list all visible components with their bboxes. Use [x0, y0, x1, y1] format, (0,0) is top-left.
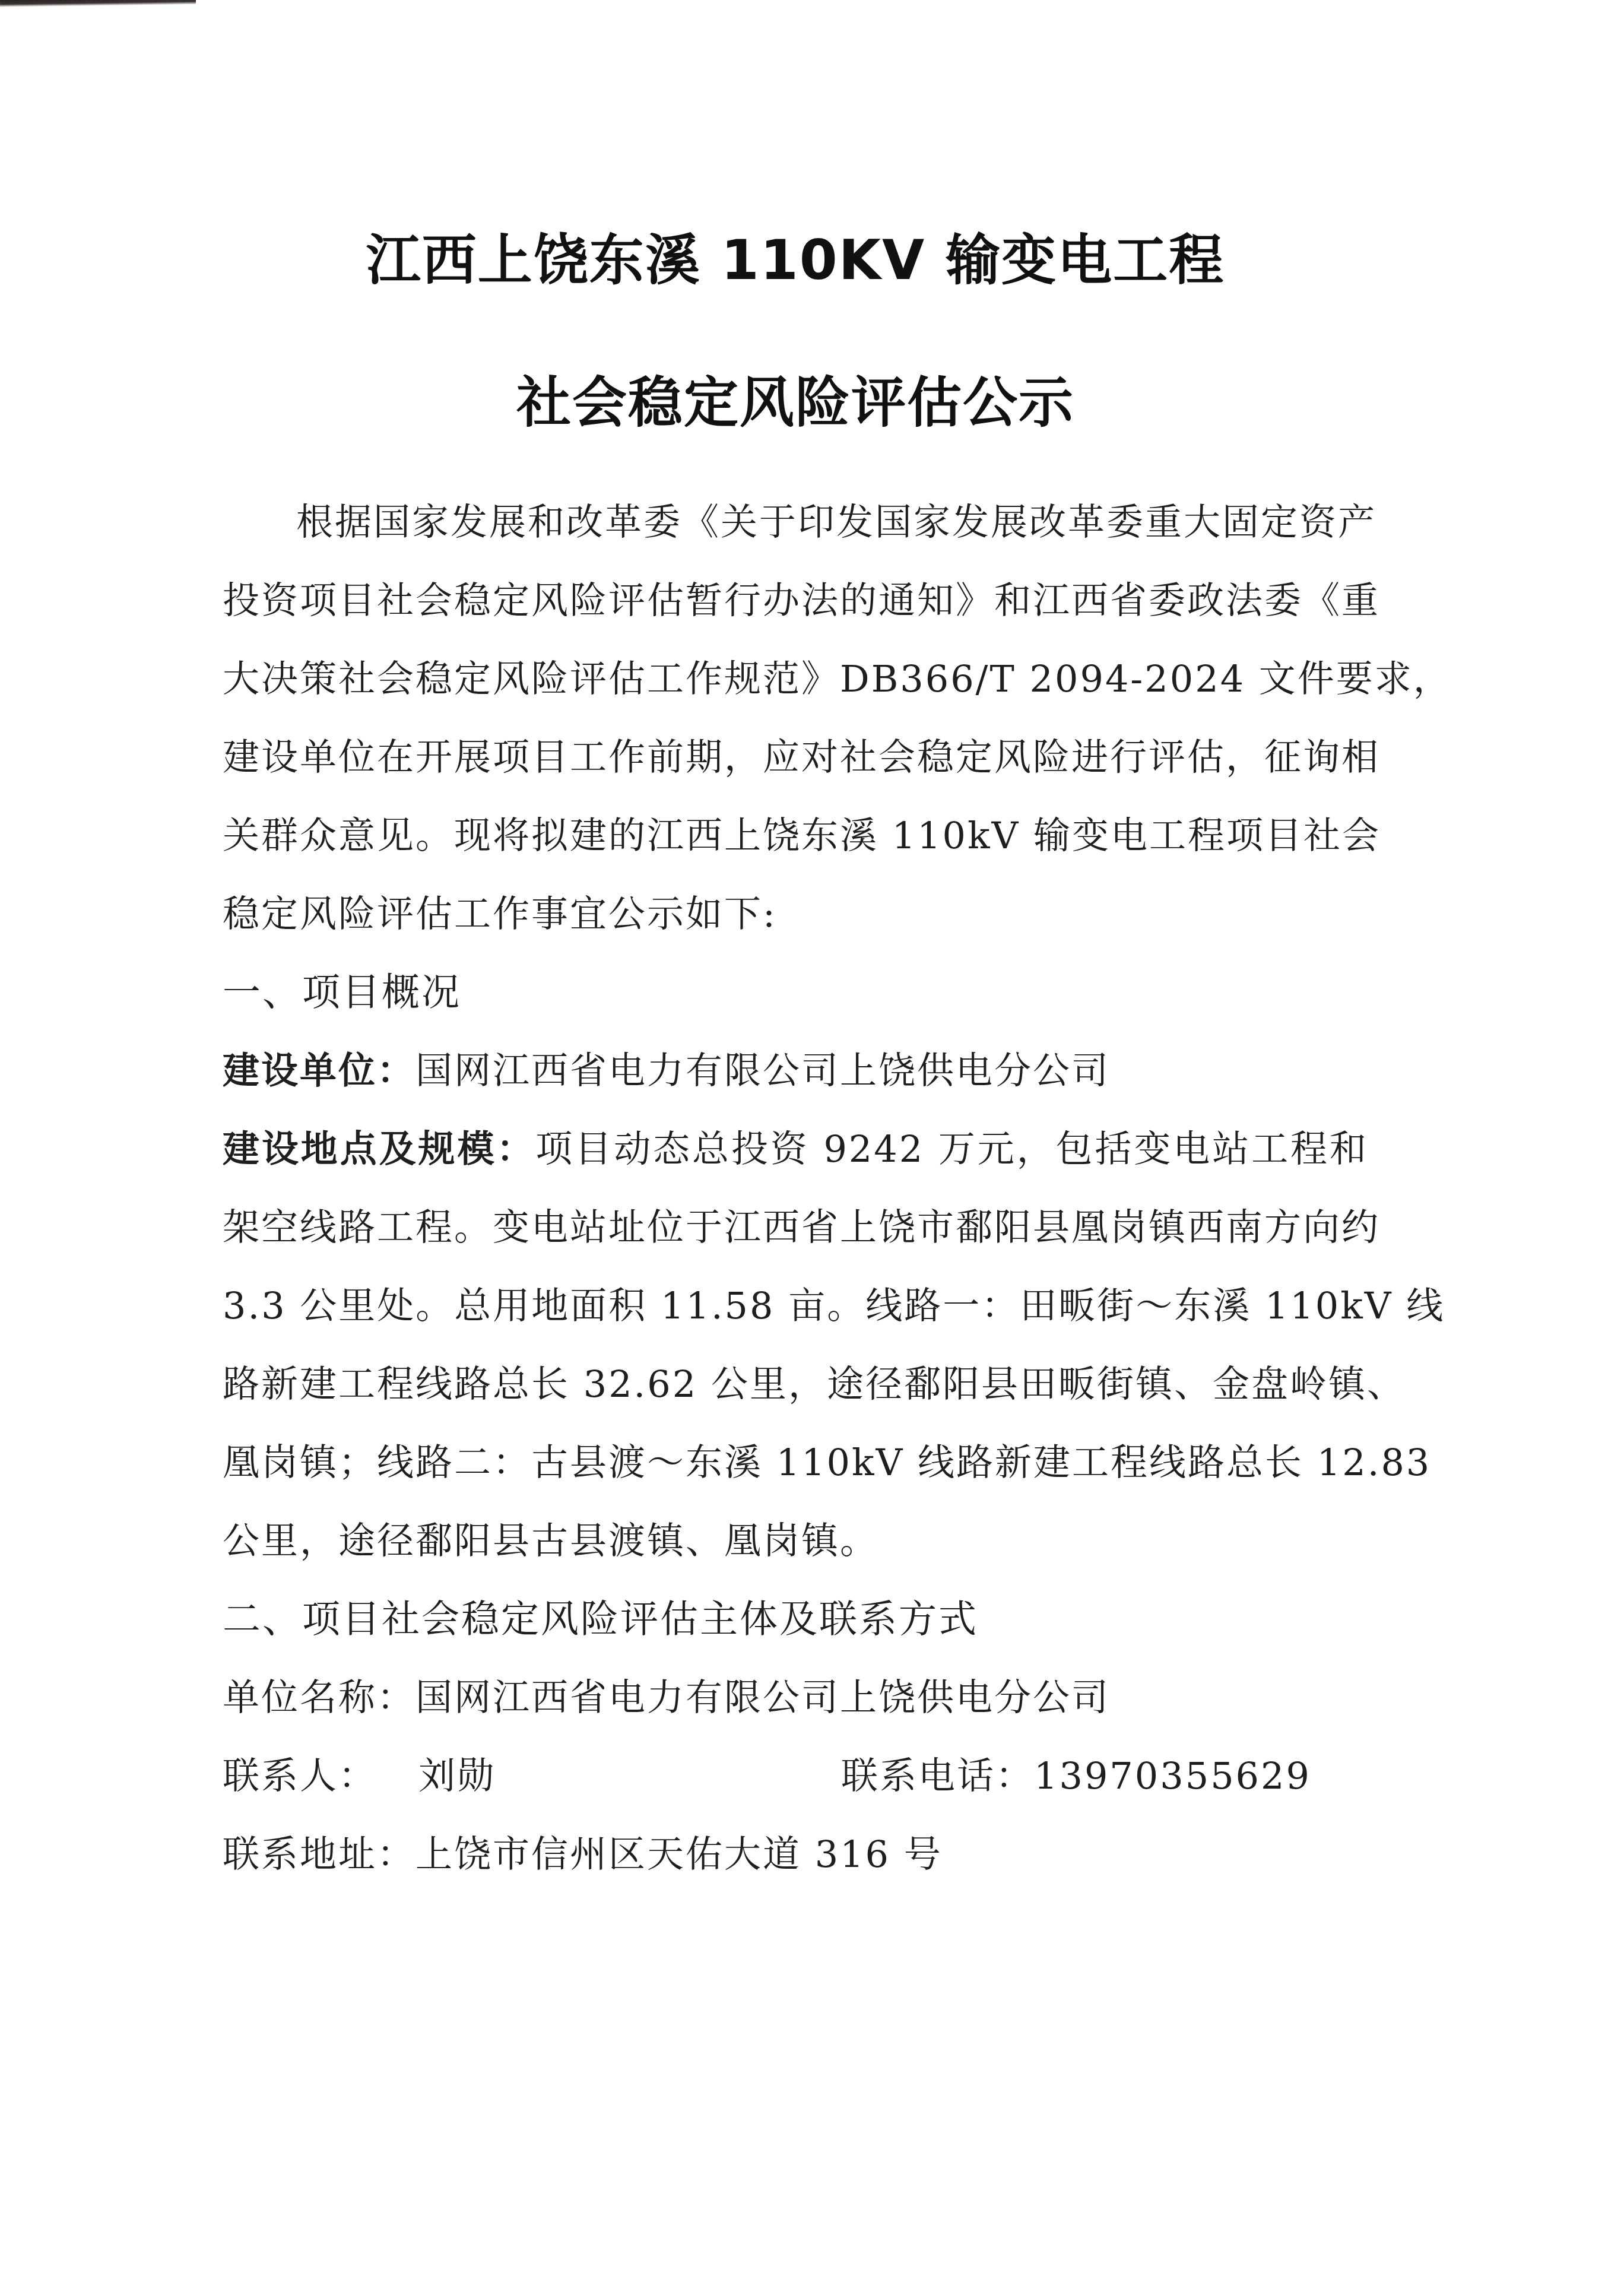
scale-line: 3.3 公里处。总用地面积 11.58 亩。线路一：田畈街～东溪 110kV 线 [223, 1282, 1368, 1330]
section2-heading: 二、项目社会稳定风险评估主体及联系方式 [223, 1596, 1368, 1643]
scale-line: 架空线路工程。变电站址位于江西省上饶市鄱阳县凰岗镇西南方向约 [223, 1204, 1368, 1251]
phone-block: 联系电话：13970355629 [841, 1752, 1311, 1800]
contact-label: 联系人： [223, 1754, 377, 1798]
address-value: 上饶市信州区天佑大道 316 号 [415, 1833, 943, 1876]
builder-label: 建设单位： [223, 1049, 415, 1092]
unit-label: 单位名称： [223, 1676, 415, 1719]
scale-line: 项目动态总投资 9242 万元，包括变电站工程和 [535, 1127, 1368, 1171]
intro-line: 投资项目社会稳定风险评估暂行办法的通知》和江西省委政法委《重 [223, 577, 1368, 624]
unit-row: 单位名称：国网江西省电力有限公司上饶供电分公司 [223, 1674, 1368, 1722]
intro-line: 大决策社会稳定风险评估工作规范》DB366/T 2094-2024 文件要求， [223, 655, 1368, 703]
intro-line: 根据国家发展和改革委《关于印发国家发展改革委重大固定资产 [223, 499, 1368, 546]
address-label: 联系地址： [223, 1833, 415, 1876]
unit-value: 国网江西省电力有限公司上饶供电分公司 [415, 1676, 1110, 1719]
intro-line: 建设单位在开展项目工作前期，应对社会稳定风险进行评估，征询相 [223, 734, 1368, 781]
phone-value: 13970355629 [1034, 1754, 1311, 1798]
section1-heading: 一、项目概况 [223, 969, 1368, 1016]
phone-label: 联系电话： [841, 1754, 1034, 1798]
builder-row: 建设单位：国网江西省电力有限公司上饶供电分公司 [223, 1047, 1368, 1095]
scale-line: 路新建工程线路总长 32.62 公里，途径鄱阳县田畈街镇、金盘岭镇、 [223, 1361, 1368, 1408]
contact-value: 刘勋 [418, 1754, 496, 1798]
document-title-line1: 江西上饶东溪 110KV 输变电工程 [223, 217, 1368, 295]
intro-line: 稳定风险评估工作事宜公示如下: [223, 890, 1368, 938]
scale-label: 建设地点及规模： [223, 1127, 535, 1171]
page-edge-shadow [0, 0, 196, 7]
builder-value: 国网江西省电力有限公司上饶供电分公司 [415, 1049, 1110, 1092]
intro-line: 关群众意见。现将拟建的江西上饶东溪 110kV 输变电工程项目社会 [223, 812, 1368, 860]
scale-line: 凰岗镇；线路二：古县渡～东溪 110kV 线路新建工程线路总长 12.83 [223, 1439, 1368, 1486]
address-row: 联系地址：上饶市信州区天佑大道 316 号 [223, 1831, 1368, 1878]
scale-row: 建设地点及规模：项目动态总投资 9242 万元，包括变电站工程和 [223, 1126, 1368, 1173]
contact-row: 联系人：刘勋 联系电话：13970355629 [223, 1752, 1368, 1800]
scale-line: 公里，途径鄱阳县古县渡镇、凰岗镇。 [223, 1517, 1368, 1565]
document-title-line2: 社会稳定风险评估公示 [223, 359, 1368, 438]
